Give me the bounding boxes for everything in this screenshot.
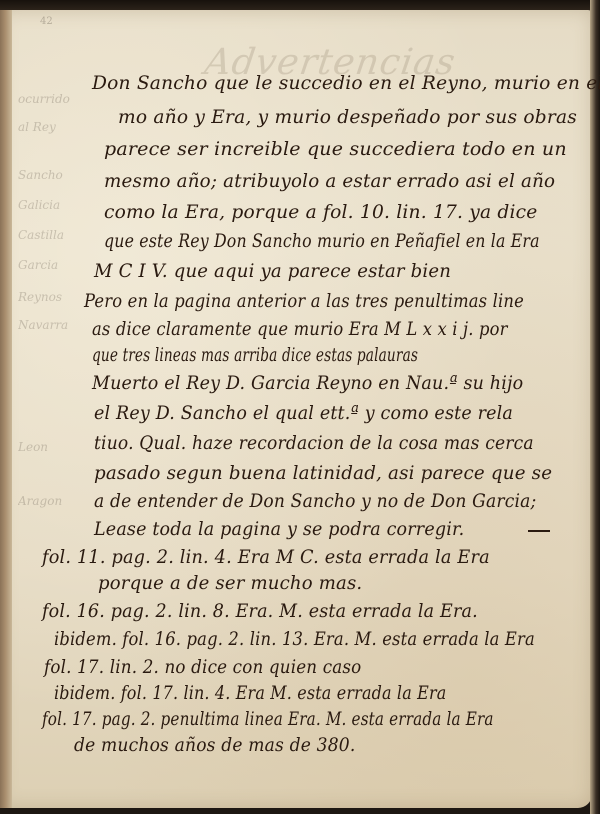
- manuscript-line: porque a de ser mucho mas.: [98, 572, 362, 594]
- manuscript-line: parece ser increible que succediera todo…: [104, 138, 567, 160]
- manuscript-line: que tres lineas mas arriba dice estas pa…: [92, 344, 418, 366]
- margin-bleed-text: ocurrido: [18, 92, 88, 106]
- closing-dash: [528, 530, 550, 532]
- manuscript-line: a de entender de Don Sancho y no de Don …: [94, 490, 536, 512]
- margin-bleed-text: Sancho: [18, 168, 88, 182]
- manuscript-line: ibidem. fol. 16. pag. 2. lin. 13. Era. M…: [54, 628, 535, 650]
- margin-bleed-text: Castilla: [18, 228, 88, 242]
- manuscript-line: M C I V. que aqui ya parece estar bien: [94, 260, 451, 282]
- manuscript-line: as dice claramente que murio Era M L x x…: [92, 318, 508, 340]
- manuscript-line: Don Sancho que le succedio en el Reyno, …: [92, 72, 600, 94]
- manuscript-line: fol. 11. pag. 2. lin. 4. Era M C. esta e…: [42, 546, 490, 568]
- manuscript-line: fol. 17. lin. 2. no dice con quien caso: [44, 656, 361, 678]
- manuscript-line: tiuo. Qual. haze recordacion de la cosa …: [94, 432, 534, 454]
- manuscript-line: Lease toda la pagina y se podra corregir…: [94, 518, 464, 540]
- manuscript-line: como la Era, porque a fol. 10. lin. 17. …: [104, 201, 538, 223]
- margin-bleed-text: Aragon: [18, 494, 88, 508]
- manuscript-line: fol. 17. pag. 2. penultima linea Era. M.…: [42, 708, 494, 730]
- margin-bleed-text: al Rey: [18, 120, 88, 134]
- manuscript-line: de muchos años de mas de 380.: [74, 734, 355, 756]
- manuscript-line: mesmo año; atribuyolo a estar errado asi…: [104, 170, 555, 192]
- manuscript-line: ibidem. fol. 17. lin. 4. Era M. esta err…: [54, 682, 446, 704]
- margin-bleed-text: Reynos: [18, 290, 88, 304]
- margin-bleed-text: Navarra: [18, 318, 88, 332]
- manuscript-line: Muerto el Rey D. Garcia Reyno en Nau.ª s…: [92, 372, 523, 394]
- margin-bleed-text: Garcia: [18, 258, 88, 272]
- manuscript-page: 42 Advertencias ocurrido al Rey Sancho G…: [0, 0, 600, 814]
- manuscript-line: que este Rey Don Sancho murio en Peñafie…: [104, 230, 540, 252]
- page-number: 42: [40, 16, 53, 27]
- manuscript-line: pasado segun buena latinidad, asi parece…: [94, 462, 552, 484]
- margin-bleed-text: Leon: [18, 440, 88, 454]
- margin-bleed-text: Galicia: [18, 198, 88, 212]
- manuscript-line: Pero en la pagina anterior a las tres pe…: [84, 290, 524, 312]
- manuscript-line: fol. 16. pag. 2. lin. 8. Era. M. esta er…: [42, 600, 478, 622]
- page-right-edge: [590, 0, 600, 814]
- manuscript-line: el Rey D. Sancho el qual ett.ª y como es…: [94, 402, 513, 424]
- binding-edge: [0, 10, 12, 808]
- manuscript-line: mo año y Era, y murio despeñado por sus …: [118, 106, 577, 128]
